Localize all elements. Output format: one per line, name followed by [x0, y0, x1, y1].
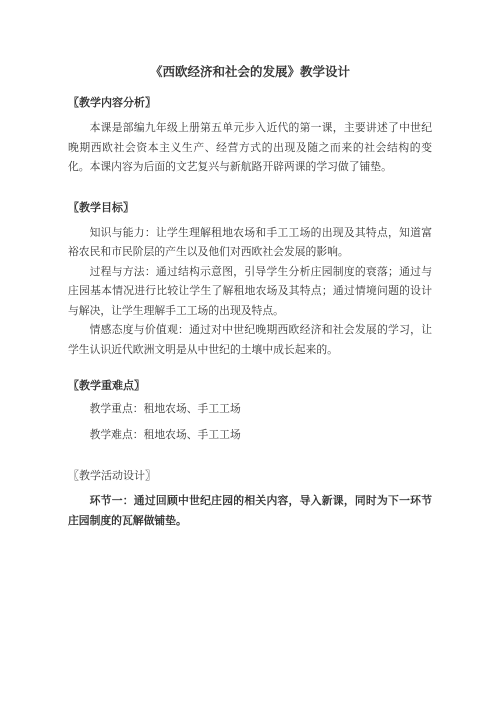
para-emotion-attitude-values: 情感态度与价值观：通过对中世纪晚期西欧经济和社会发展的学习，让学生认识近代欧洲文…: [68, 321, 432, 360]
section-heading-activity-design: 〖教学活动设计〗: [68, 469, 432, 484]
section-key-and-difficult-points: 〖教学重难点〗 教学重点：租地农场、手工工场 教学难点：租地农场、手工工场: [68, 379, 432, 445]
section-teaching-objectives: 〖教学目标〗 知识与能力：让学生理解租地农场和手工工场的出现及其特点，知道富裕农…: [68, 201, 432, 361]
para-activity-step-one: 环节一：通过回顾中世纪庄园的相关内容，导入新课，同时为下一环节庄园制度的瓦解做铺…: [68, 492, 432, 531]
section-heading-key-difficult-points: 〖教学重难点〗: [68, 379, 432, 394]
para-knowledge-and-ability: 知识与能力：让学生理解租地农场和手工工场的出现及其特点，知道富裕农民和市民阶层的…: [68, 224, 432, 263]
para-process-and-method: 过程与方法：通过结构示意图，引导学生分析庄园制度的衰落；通过与庄园基本情况进行比…: [68, 263, 432, 322]
section-teaching-activity-design: 〖教学活动设计〗 环节一：通过回顾中世纪庄园的相关内容，导入新课，同时为下一环节…: [68, 469, 432, 531]
line-teaching-difficult-point: 教学难点：租地农场、手工工场: [68, 426, 432, 446]
section-heading-teaching-objectives: 〖教学目标〗: [68, 201, 432, 216]
section-heading-content-analysis: 〖教学内容分析〗: [68, 96, 432, 111]
document-title: 《西欧经济和社会的发展》教学设计: [68, 64, 432, 80]
section-teaching-content-analysis: 〖教学内容分析〗 本课是部编九年级上册第五单元步入近代的第一课，主要讲述了中世纪…: [68, 96, 432, 178]
document-page: 《西欧经济和社会的发展》教学设计 〖教学内容分析〗 本课是部编九年级上册第五单元…: [0, 0, 500, 707]
line-teaching-key-point: 教学重点：租地农场、手工工场: [68, 400, 432, 420]
para-course-overview: 本课是部编九年级上册第五单元步入近代的第一课，主要讲述了中世纪晚期西欧社会资本主…: [68, 119, 432, 178]
